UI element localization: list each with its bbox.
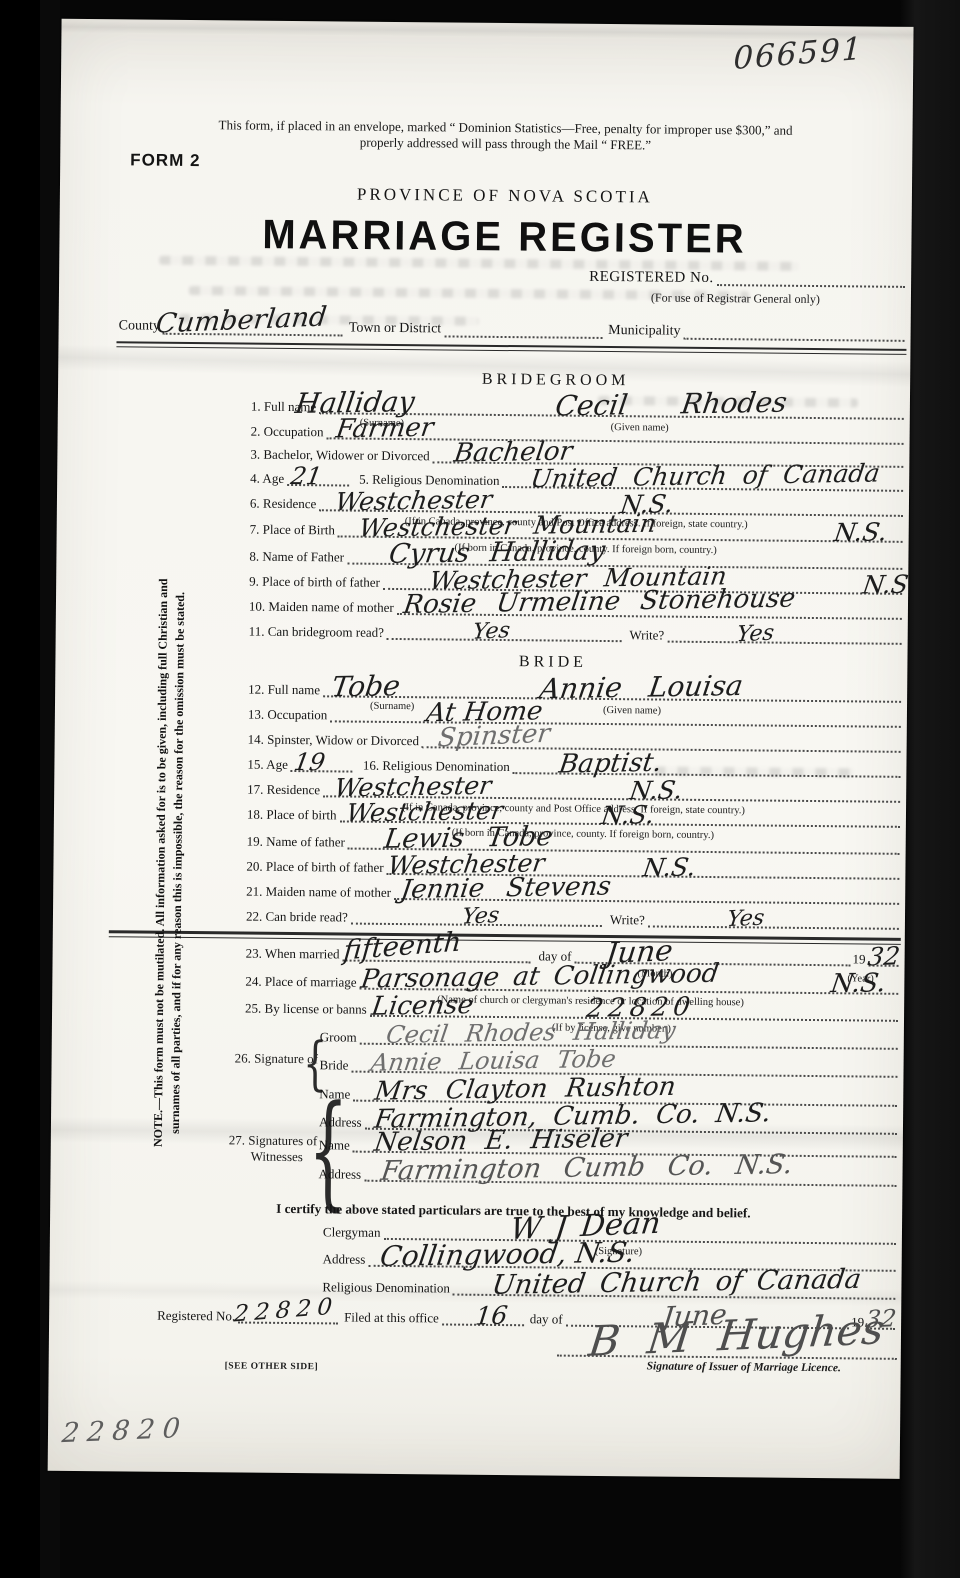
bride-birthplace-value: Westchester	[344, 799, 504, 824]
bride-father-birth-label: 20. Place of birth of father	[246, 859, 386, 876]
groom-read-write-row: 11. Can bridegroom read? Yes Write? Yes	[249, 620, 904, 646]
groom-sig-label: Groom	[320, 1030, 360, 1046]
bride-mother-value: Jennie Stevens	[399, 875, 612, 902]
witness2-name-label: Name	[319, 1138, 353, 1154]
bride-fullname-label: 12. Full name	[248, 682, 323, 698]
bride-father-label: 19. Name of father	[247, 834, 348, 851]
groom-surname-value: Halliday	[294, 389, 416, 416]
filed-day-value: 16	[474, 1304, 509, 1328]
bride-age-blank: 19	[291, 756, 353, 773]
groom-write-blank: Yes	[667, 627, 902, 645]
bride-age-label: 15. Age	[247, 757, 291, 773]
witness1-address-label: Address	[319, 1115, 365, 1131]
witness1-name-value: Mrs Clayton Rushton	[373, 1075, 677, 1103]
bride-residence-label: 17. Residence	[247, 782, 323, 798]
bride-status-value: Spinster	[437, 722, 552, 750]
groom-residence-label: 6. Residence	[250, 496, 320, 512]
bride-heading: BRIDE	[225, 650, 880, 674]
groom-father-birth-province: N.S.	[861, 573, 914, 596]
bride-write-label: Write?	[604, 912, 648, 928]
bride-residence-row: 17. Residence Westchester N.S.	[247, 778, 902, 804]
bride-fullname-blank: Tobe Annie Louisa	[323, 681, 901, 703]
witness2-address-value: Farmington Cumb Co. N.S.	[379, 1153, 794, 1184]
filed-day-of-label: day of	[526, 1312, 566, 1328]
municipality-blank	[683, 324, 904, 342]
bride-fullname-row: 12. Full name Tobe Annie Louisa	[248, 678, 903, 704]
bride-read-blank: Yes	[351, 909, 602, 927]
groom-occupation-value: Farmer	[334, 416, 434, 441]
issuer-signature-line: B M Hughes	[557, 1335, 897, 1360]
bride-givenname-value: Annie Louisa	[538, 673, 745, 701]
groom-occupation-blank: Farmer	[326, 423, 903, 445]
groom-father-value: Cyrus Halliday	[387, 539, 606, 567]
bride-surname-value: Tobe	[330, 673, 402, 699]
groom-read-value: Yes	[472, 621, 511, 642]
province-heading: PROVINCE OF NOVA SCOTIA	[155, 183, 855, 210]
page-title: MARRIAGE REGISTER	[154, 211, 854, 264]
when-married-year-value: 32	[867, 945, 902, 969]
groom-age-blank: 21	[287, 470, 349, 487]
clergyman-religion-label: Religious Denomination	[322, 1280, 453, 1297]
clergyman-label: Clergyman	[323, 1225, 384, 1241]
bride-birthplace-province: N.S.	[599, 804, 655, 827]
groom-givenname-value: Cecil Rhodes	[554, 390, 789, 419]
groom-father-birth-label: 9. Place of birth of father	[249, 574, 383, 591]
margin-note: NOTE.—This form must not be mutilated. A…	[149, 543, 189, 1183]
see-other-side-note: [SEE OTHER SIDE]	[225, 1361, 319, 1372]
witness2-address-label: Address	[318, 1167, 364, 1183]
issuer-signature-value: B M Hughes	[587, 1311, 886, 1361]
county-value: Cumberland	[155, 305, 328, 336]
registered-no-label: REGISTERED No.	[589, 268, 717, 287]
envelope-instruction: This form, if placed in an envelope, mar…	[155, 20, 856, 156]
clergyman-religion-blank: United Church of Canada	[453, 1280, 896, 1300]
place-of-marriage-row: 24. Place of marriage Parsonage at Colli…	[245, 970, 900, 996]
when-married-day-blank: fifteenth	[343, 945, 531, 963]
place-of-marriage-label: 24. Place of marriage	[245, 974, 359, 991]
license-value: License	[370, 994, 475, 1019]
groom-write-label: Write?	[623, 628, 667, 644]
registered-no-row: REGISTERED No.	[589, 266, 907, 289]
groom-father-label: 8. Name of Father	[249, 549, 347, 566]
groom-age-label: 4. Age	[250, 471, 287, 487]
issuer-signature-label: Signature of Issuer of Marriage Licence.	[647, 1360, 841, 1374]
groom-signature-value: Cecil Rhodes Halliday	[385, 1021, 677, 1047]
bride-age-value: 19	[293, 752, 327, 774]
registered-number-blank: 22820	[238, 1308, 338, 1325]
form-number-label: FORM 2	[130, 150, 200, 171]
bottom-file-number: 22820	[61, 1413, 190, 1450]
groom-mother-row: 10. Maiden name of mother Rosie Urmeline…	[249, 595, 904, 621]
groom-status-value: Bachelor	[453, 440, 574, 465]
groom-religion-value: United Church of Canada	[530, 462, 882, 490]
clergyman-address-value: Collingwood, N.S.	[378, 1240, 636, 1269]
bride-sig-label: Bride	[319, 1058, 351, 1074]
groom-sig-blank: Cecil Rhodes Halliday	[360, 1029, 898, 1050]
bride-mother-blank: Jennie Stevens	[394, 884, 899, 905]
bride-read-label: 22. Can bride read?	[246, 909, 351, 926]
groom-write-value: Yes	[735, 624, 774, 645]
witness2-name-value: Nelson E. Hiseler	[373, 1127, 629, 1155]
bride-read-write-row: 22. Can bride read? Yes Write? Yes	[246, 905, 901, 931]
bride-signature-value: Annie Louisa Tobe	[369, 1049, 617, 1075]
registered-no-blank	[717, 270, 906, 288]
bride-birthplace-label: 18. Place of birth	[247, 807, 340, 823]
place-of-marriage-value: Parsonage at Collingwood	[359, 962, 720, 991]
groom-birthplace-label: 7. Place of Birth	[250, 522, 338, 538]
county-row: County Cumberland Town or District Munic…	[119, 315, 907, 343]
witness2-address-blank: Farmington Cumb Co. N.S.	[364, 1166, 897, 1187]
groom-mother-blank: Rosie Urmeline Stonehouse	[397, 599, 902, 620]
groom-mother-value: Rosie Urmeline Stonehouse	[402, 587, 797, 617]
groom-read-label: 11. Can bridegroom read?	[249, 624, 387, 641]
bride-read-value: Yes	[461, 906, 500, 927]
groom-residence-value: Westchester	[334, 488, 494, 513]
county-blank: Cumberland	[163, 319, 343, 337]
bride-birthplace-row: 18. Place of birth Westchester N.S.	[247, 803, 902, 829]
groom-read-blank: Yes	[387, 624, 622, 642]
groom-religion-blank: United Church of Canada	[503, 472, 904, 492]
marriage-register-form-page: 066591 This form, if placed in an envelo…	[48, 19, 914, 1479]
when-married-label: 23. When married	[246, 946, 343, 963]
bride-occupation-blank: At Home	[330, 706, 901, 727]
bride-religion-blank: Baptist.	[513, 758, 901, 778]
town-district-label: Town or District	[345, 321, 445, 339]
clergyman-religion-value: United Church of Canada	[491, 1268, 863, 1298]
bride-occupation-row: 13. Occupation At Home	[248, 703, 903, 729]
when-married-day-value: fifteenth	[343, 930, 463, 963]
witnesses-label-line2: Witnesses	[251, 1149, 303, 1166]
scanner-background: 066591 This form, if placed in an envelo…	[0, 0, 960, 1578]
town-district-blank	[444, 321, 602, 339]
when-married-year-blank: 32	[869, 951, 899, 967]
witnesses-label-line1: 27. Signatures of	[229, 1132, 318, 1149]
groom-birthplace-province: N.S.	[833, 521, 889, 544]
bride-write-blank: Yes	[648, 911, 899, 929]
witness1-name-label: Name	[319, 1087, 353, 1103]
bride-occupation-label: 13. Occupation	[248, 707, 331, 723]
municipality-label: Municipality	[604, 323, 683, 341]
clergyman-address-label: Address	[323, 1252, 369, 1268]
bride-mother-label: 21. Maiden name of mother	[246, 884, 394, 901]
bride-status-label: 14. Spinster, Widow or Divorced	[248, 732, 422, 749]
bride-father-row: 19. Name of father Lewis Tobe	[247, 830, 902, 856]
bride-father-birth-province: N.S.	[642, 856, 698, 879]
groom-birthplace-value: Westchester Mountain	[358, 512, 658, 539]
groom-occupation-label: 2. Occupation	[251, 424, 327, 440]
section-divider-rule	[109, 930, 901, 945]
groom-occupation-row: 2. Occupation Farmer	[251, 420, 906, 446]
registered-number-value: 22820	[233, 1297, 339, 1326]
registered-bottom-label: Registered No.	[157, 1308, 238, 1324]
bride-religion-value: Baptist.	[558, 752, 664, 777]
witness2-address-row: Address Farmington Cumb Co. N.S.	[318, 1162, 898, 1188]
groom-status-label: 3. Bachelor, Widower or Divorced	[250, 447, 432, 464]
license-label: 25. By license or banns	[245, 1001, 370, 1018]
bride-mother-row: 21. Maiden name of mother Jennie Stevens	[246, 880, 901, 906]
registrar-note: (For use of Registrar General only)	[651, 290, 820, 307]
groom-age-value: 21	[289, 466, 323, 488]
groom-mother-label: 10. Maiden name of mother	[249, 599, 397, 616]
place-of-marriage-province: N.S.	[829, 972, 887, 996]
bride-write-value: Yes	[726, 909, 765, 930]
filed-day-blank: 16	[442, 1309, 524, 1326]
bride-residence-province: N.S.	[628, 779, 684, 802]
filed-label: Filed at this office	[340, 1310, 442, 1327]
